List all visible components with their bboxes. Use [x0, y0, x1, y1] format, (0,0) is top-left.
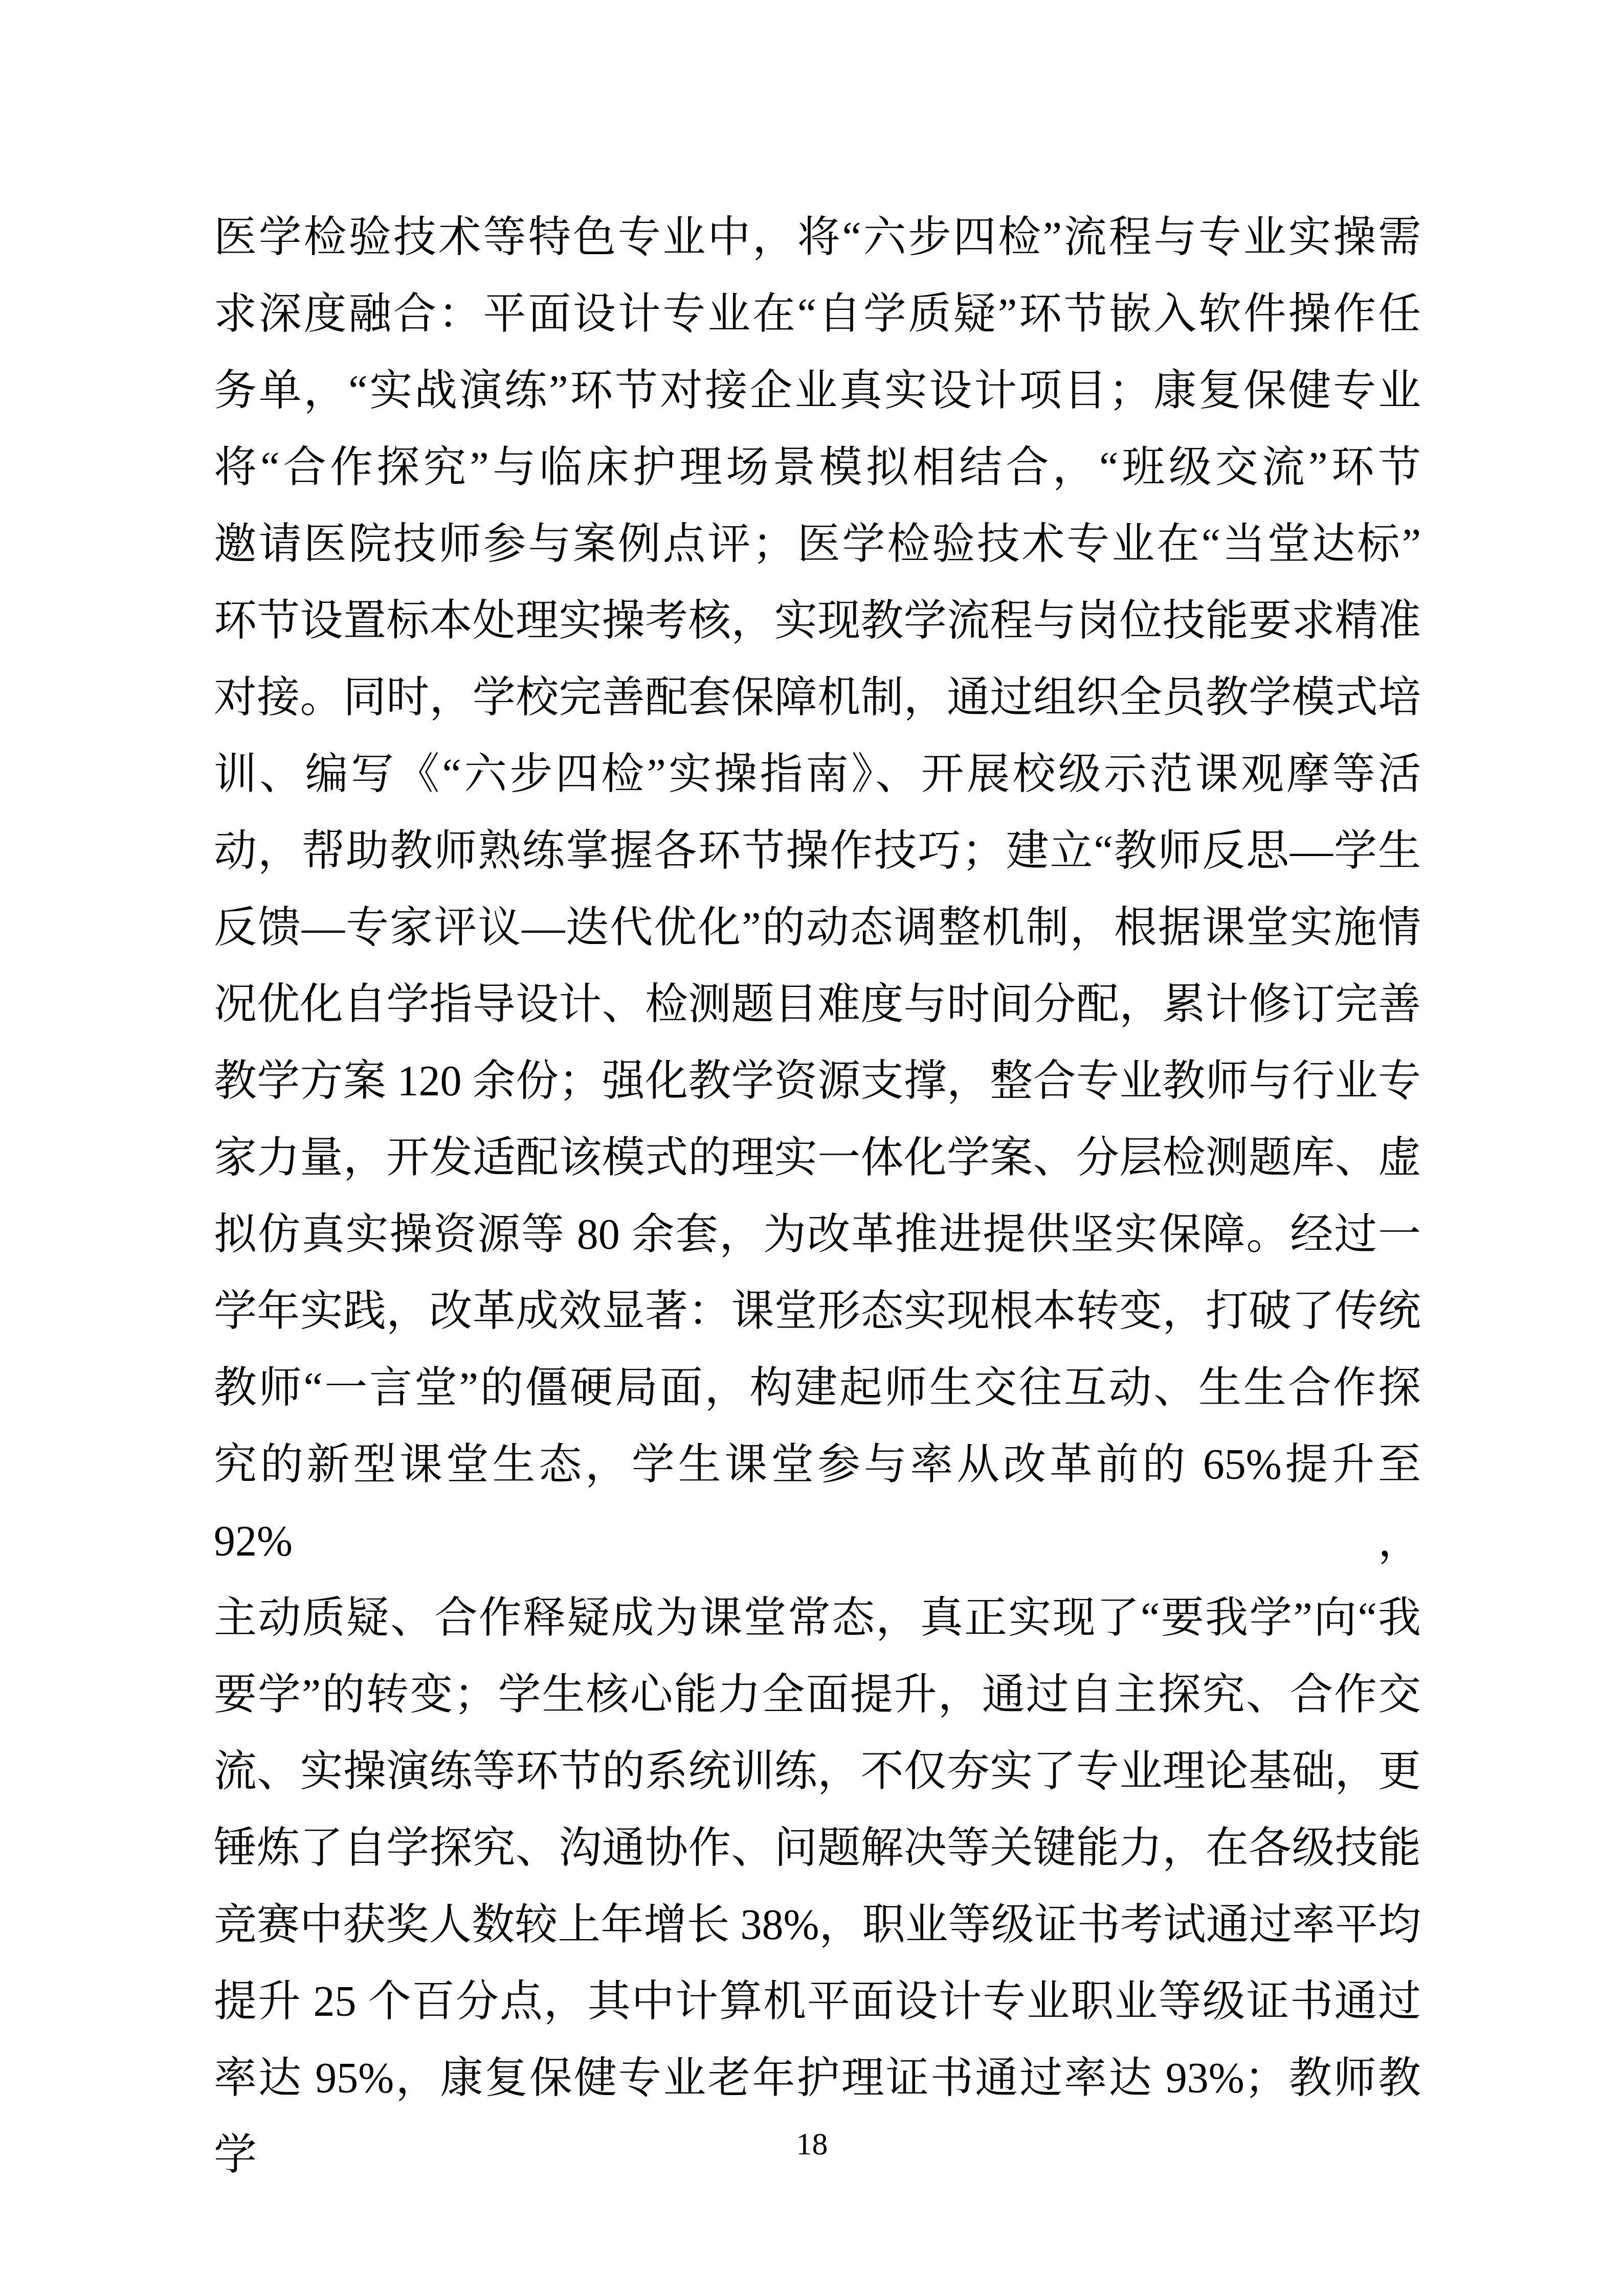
- text-line: 况优化自学指导设计、检测题目难度与时间分配，累计修订完善: [214, 966, 1421, 1043]
- text-line: 训、编写《“六步四检”实操指南》、开展校级示范课观摩等活: [214, 736, 1421, 813]
- text-line: 要学”的转变；学生核心能力全面提升，通过自主探究、合作交: [214, 1657, 1421, 1734]
- text-line: 教学方案 120 余份；强化教学资源支撑，整合专业教师与行业专: [214, 1043, 1421, 1120]
- text-line: 提升 25 个百分点，其中计算机平面设计专业职业等级证书通过: [214, 1964, 1421, 2040]
- text-line: 对接。同时，学校完善配套保障机制，通过组织全员教学模式培: [214, 660, 1421, 736]
- text-line: 邀请医院技师参与案例点评；医学检验技术专业在“当堂达标”: [214, 506, 1421, 583]
- text-line: 反馈—专家评议—迭代优化”的动态调整机制，根据课堂实施情: [214, 890, 1421, 966]
- page-number: 18: [0, 2128, 1624, 2160]
- text-line: 教师“一言堂”的僵硬局面，构建起师生交往互动、生生合作探: [214, 1350, 1421, 1427]
- text-line: 求深度融合：平面设计专业在“自学质疑”环节嵌入软件操作任: [214, 276, 1421, 353]
- text-line: 动，帮助教师熟练掌握各环节操作技巧；建立“教师反思—学生: [214, 813, 1421, 890]
- text-line: 环节设置标本处理实操考核，实现教学流程与岗位技能要求精准: [214, 583, 1421, 660]
- text-line: 拟仿真实操资源等 80 余套，为改革推进提供坚实保障。经过一: [214, 1197, 1421, 1273]
- text-line: 将“合作探究”与临床护理场景模拟相结合，“班级交流”环节: [214, 430, 1421, 506]
- body-text: 医学检验技术等特色专业中，将“六步四检”流程与专业实操需求深度融合：平面设计专业…: [214, 199, 1421, 2194]
- text-line: 家力量，开发适配该模式的理实一体化学案、分层检测题库、虚: [214, 1120, 1421, 1197]
- text-line: 务单，“实战演练”环节对接企业真实设计项目；康复保健专业: [214, 353, 1421, 430]
- document-page: 医学检验技术等特色专业中，将“六步四检”流程与专业实操需求深度融合：平面设计专业…: [0, 0, 1624, 2296]
- text-line: 究的新型课堂生态，学生课堂参与率从改革前的 65%提升至 92%，: [214, 1427, 1421, 1580]
- text-line: 学年实践，改革成效显著：课堂形态实现根本转变，打破了传统: [214, 1273, 1421, 1350]
- text-line: 流、实操演练等环节的系统训练，不仅夯实了专业理论基础，更: [214, 1734, 1421, 1810]
- text-line: 主动质疑、合作释疑成为课堂常态，真正实现了“要我学”向“我: [214, 1580, 1421, 1657]
- text-line: 竞赛中获奖人数较上年增长 38%，职业等级证书考试通过率平均: [214, 1887, 1421, 1964]
- text-line: 率达 95%，康复保健专业老年护理证书通过率达 93%；教师教学: [214, 2040, 1421, 2194]
- text-line: 锤炼了自学探究、沟通协作、问题解决等关键能力，在各级技能: [214, 1810, 1421, 1887]
- text-line: 医学检验技术等特色专业中，将“六步四检”流程与专业实操需: [214, 199, 1421, 276]
